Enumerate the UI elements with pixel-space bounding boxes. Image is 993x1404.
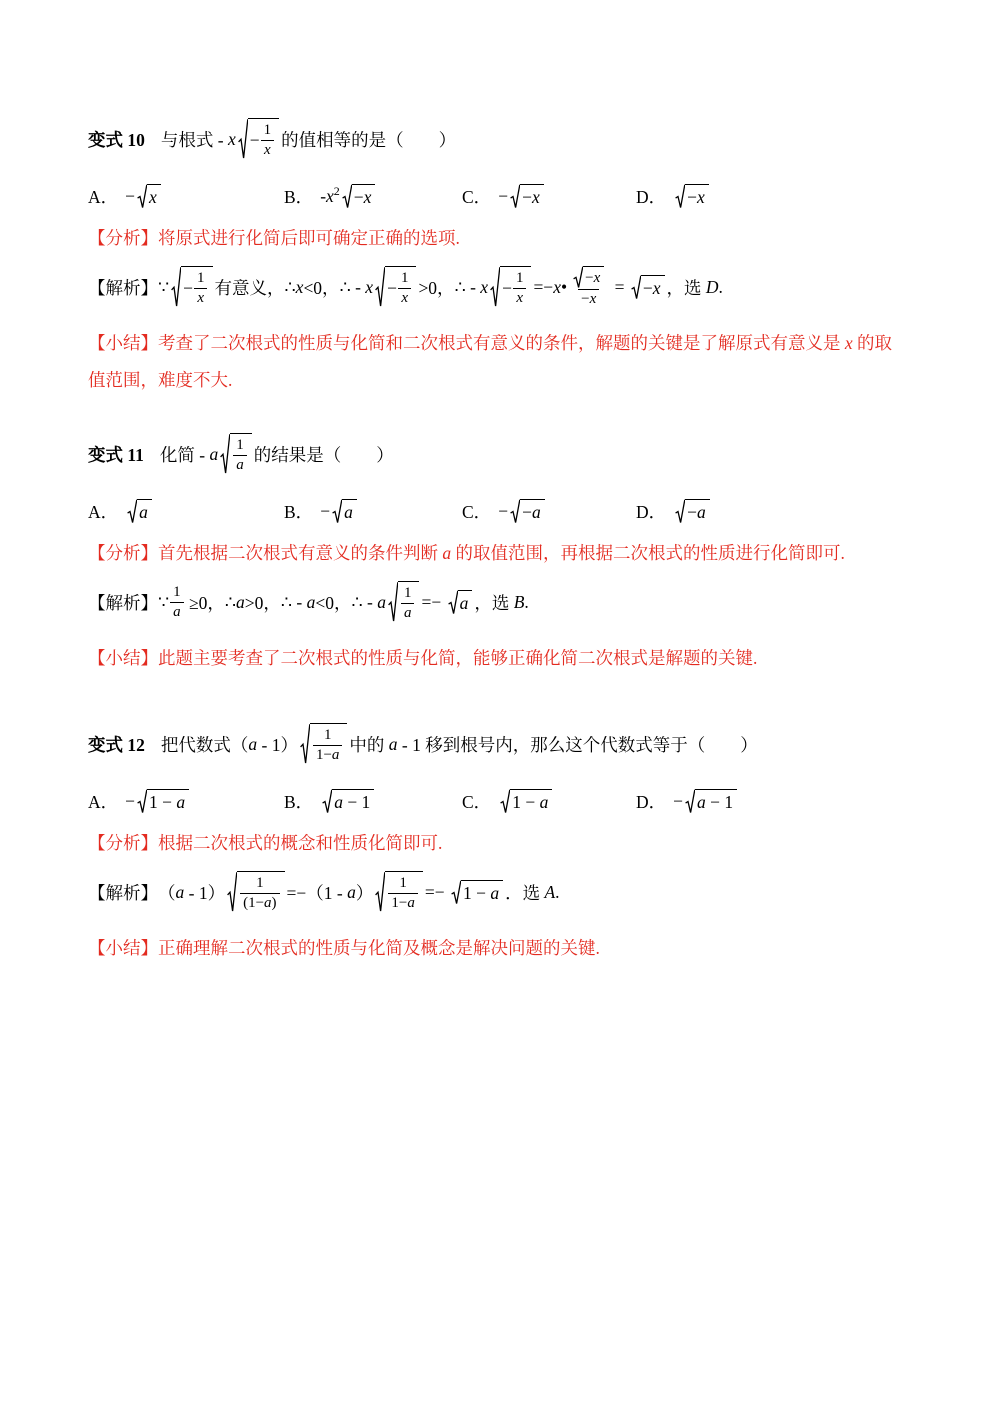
fraction-numerator: 1 <box>261 121 275 140</box>
problem-variant-10: 变式 10 与根式 - x − 1 x 的值相等的是（ ） A． <box>88 112 907 399</box>
sqrt-expression: 1 − a <box>451 880 503 905</box>
sqrt-expression: a − 1 <box>322 789 374 814</box>
radicand: −1x <box>500 266 531 309</box>
problem-variant-12: 变式 12 把代数式（ a - 1） 1 1−a 中的 a - 1 移到根号内，… <box>88 717 907 967</box>
radicand: −a <box>685 499 710 524</box>
option-tag: D． <box>636 789 666 814</box>
sqrt-expression: −x <box>342 184 376 209</box>
option-tag: A． <box>88 789 118 814</box>
option-tag: C． <box>462 789 491 814</box>
title-text: 的值相等的是（ ） <box>281 127 456 152</box>
radical-sign-icon <box>500 789 510 814</box>
radicand: − 1 x <box>248 118 279 161</box>
math-var: a <box>248 734 257 755</box>
analysis-line: 【分析】将原式进行化简后即可确定正确的选项. <box>88 226 907 251</box>
option-b: B． - x2−x <box>284 180 462 212</box>
radical-sign-icon <box>137 184 147 209</box>
option-d: D． −x <box>636 180 907 212</box>
fraction: 11−a <box>388 874 417 913</box>
options-row: A． − x B． - x2−x C． − −x D． −x <box>88 180 907 212</box>
fraction: 1 x <box>261 121 275 160</box>
radical-sign-icon <box>631 275 641 300</box>
radicand: −x <box>352 184 376 209</box>
fraction: 1 a <box>233 436 247 475</box>
solution-line: 【解析】 ∵ −1x 有意义， ∴ x <0， ∴ - x −1x >0， ∴ … <box>88 259 907 315</box>
sqrt-expression: −x <box>510 184 544 209</box>
option-b: B． − a <box>284 495 462 527</box>
problem-title: 变式 12 把代数式（ a - 1） 1 1−a 中的 a - 1 移到根号内，… <box>88 717 907 771</box>
radicand: −x <box>520 184 544 209</box>
radical-sign-icon <box>451 880 461 905</box>
radicand: −1x <box>181 266 212 309</box>
summary-label: 【小结】 <box>88 938 158 958</box>
math-var: a <box>389 734 398 755</box>
analysis-label: 【分析】 <box>88 833 158 853</box>
sqrt-expression: 1a <box>388 581 420 624</box>
option-tag: A． <box>88 499 118 524</box>
title-text: 中的 <box>349 732 388 757</box>
option-tag: A． <box>88 184 118 209</box>
radical-sign-icon <box>448 590 458 615</box>
fraction: 1a <box>170 583 184 622</box>
option-tag: C． <box>462 499 491 524</box>
problem-label: 变式 12 <box>88 732 145 757</box>
radicand: 1 a <box>230 433 252 476</box>
sqrt-expression: a <box>332 499 357 524</box>
solution-line: 【解析】 （ a - 1） 1(1−a) =−（1 - a ） 11−a =− … <box>88 864 907 920</box>
option-tag: B． <box>284 499 313 524</box>
solution-line: 【解析】 ∵ 1a ≥0， ∴ a >0， ∴ - a <0， ∴ - a 1a… <box>88 574 907 630</box>
worksheet-page: 变式 10 与根式 - x − 1 x 的值相等的是（ ） A． <box>0 0 993 1404</box>
summary-label: 【小结】 <box>88 333 158 353</box>
option-b: B． a − 1 <box>284 785 462 817</box>
fraction: 1 1−a <box>313 726 342 765</box>
radical-sign-icon <box>332 499 342 524</box>
sqrt-expression: a − 1 <box>685 789 737 814</box>
radicand: x <box>147 184 161 209</box>
title-text: - 1 移到根号内，那么这个代数式等于（ ） <box>398 732 758 757</box>
analysis-label: 【分析】 <box>88 543 158 563</box>
problem-title: 变式 10 与根式 - x − 1 x 的值相等的是（ ） <box>88 112 907 166</box>
option-tag: D． <box>636 499 666 524</box>
radical-sign-icon <box>322 789 332 814</box>
radicand: a <box>342 499 357 524</box>
problem-label: 变式 11 <box>88 442 144 467</box>
sqrt-expression: −x <box>631 275 665 300</box>
fraction: 1(1−a) <box>240 874 279 913</box>
radical-sign-icon <box>573 266 583 289</box>
radicand: 1 1−a <box>310 723 347 766</box>
problem-variant-11: 变式 11 化简 - a 1 a 的结果是（ ） A． <box>88 427 907 677</box>
solution-label: 【解析】 <box>88 275 158 300</box>
sqrt-expression: −a <box>675 499 710 524</box>
radical-sign-icon <box>685 789 695 814</box>
options-row: A． − 1 − a B． a − 1 C． 1 − a D． − a − 1 <box>88 785 907 817</box>
radical-sign-icon <box>227 871 237 914</box>
option-a: A． a <box>88 495 284 527</box>
sqrt-expression: 1(1−a) <box>227 871 284 914</box>
problem-title: 变式 11 化简 - a 1 a 的结果是（ ） <box>88 427 907 481</box>
radical-sign-icon <box>675 184 685 209</box>
sqrt-expression: a <box>127 499 152 524</box>
sqrt-expression: x <box>137 184 161 209</box>
fraction: 1x <box>398 269 412 308</box>
radicand: a − 1 <box>695 789 737 814</box>
sqrt-expression: 1 − a <box>137 789 189 814</box>
option-d: D． −a <box>636 495 907 527</box>
options-row: A． a B． − a C． − −a D． −a <box>88 495 907 527</box>
radical-sign-icon <box>388 581 398 624</box>
fraction: −x −x <box>568 266 609 309</box>
radical-sign-icon <box>300 723 310 766</box>
option-c: C． − −x <box>462 180 636 212</box>
option-a: A． − x <box>88 180 284 212</box>
solution-label: 【解析】 <box>88 590 158 615</box>
minus-sign: − <box>250 130 260 151</box>
sqrt-expression: −a <box>510 499 545 524</box>
analysis-line: 【分析】首先根据二次根式有意义的条件判断 a 的取值范围，再根据二次根式的性质进… <box>88 541 907 566</box>
radicand: 1 − a <box>147 789 189 814</box>
option-tag: B． <box>284 789 313 814</box>
radicand: −a <box>520 499 545 524</box>
radicand: −x <box>685 184 709 209</box>
radical-sign-icon <box>127 499 137 524</box>
sqrt-expression: 1 − a <box>500 789 552 814</box>
sqrt-expression: a <box>448 590 473 615</box>
fraction-denominator: x <box>261 140 274 160</box>
radical-sign-icon <box>238 118 248 161</box>
sqrt-expression: − 1 x <box>238 118 279 161</box>
sqrt-expression: −x <box>573 266 604 289</box>
radical-sign-icon <box>675 499 685 524</box>
option-a: A． − 1 − a <box>88 785 284 817</box>
radicand: 1 − a <box>461 880 503 905</box>
option-tag: D． <box>636 184 666 209</box>
sqrt-expression: −1x <box>375 266 416 309</box>
radicand: 1a <box>398 581 420 624</box>
option-c: C． − −a <box>462 495 636 527</box>
math-var: a <box>210 444 219 465</box>
radical-sign-icon <box>171 266 181 309</box>
summary-line: 【小结】此题主要考查了二次根式的性质与化简，能够正确化简二次根式是解题的关键. <box>88 640 907 677</box>
sqrt-expression: 1 1−a <box>300 723 347 766</box>
radicand: 1(1−a) <box>237 871 284 914</box>
radicand: a − 1 <box>332 789 374 814</box>
title-text: 把代数式（ <box>161 732 249 757</box>
fraction: 1x <box>513 269 527 308</box>
option-d: D． − a − 1 <box>636 785 907 817</box>
sqrt-expression: 11−a <box>375 871 422 914</box>
radical-sign-icon <box>375 266 385 309</box>
analysis-line: 【分析】根据二次根式的概念和性质化简即可. <box>88 831 907 856</box>
summary-line: 【小结】考查了二次根式的性质与化简和二次根式有意义的条件，解题的关键是了解原式有… <box>88 325 907 399</box>
summary-line: 【小结】正确理解二次根式的性质与化简及概念是解决问题的关键. <box>88 930 907 967</box>
radical-sign-icon <box>375 871 385 914</box>
radicand: 11−a <box>385 871 422 914</box>
radical-sign-icon <box>510 499 520 524</box>
radical-sign-icon <box>510 184 520 209</box>
sqrt-expression: −1x <box>490 266 531 309</box>
radical-sign-icon <box>137 789 147 814</box>
sqrt-expression: −1x <box>171 266 212 309</box>
solution-label: 【解析】 <box>88 880 158 905</box>
math-var: x <box>228 129 236 150</box>
radicand: −x <box>641 275 665 300</box>
option-c: C． 1 − a <box>462 785 636 817</box>
sqrt-expression: 1 a <box>220 433 252 476</box>
title-text: 化简 - <box>160 442 210 467</box>
radical-sign-icon <box>220 433 230 476</box>
radicand: −1x <box>385 266 416 309</box>
analysis-label: 【分析】 <box>88 228 158 248</box>
summary-label: 【小结】 <box>88 648 158 668</box>
option-tag: B． <box>284 184 313 209</box>
title-text: - 1） <box>257 732 298 757</box>
radical-sign-icon <box>490 266 500 309</box>
fraction: 1a <box>401 584 415 623</box>
radicand: a <box>458 590 473 615</box>
radical-sign-icon <box>342 184 352 209</box>
title-text: 与根式 - <box>161 127 228 152</box>
radicand: 1 − a <box>510 789 552 814</box>
option-tag: C． <box>462 184 491 209</box>
radicand: a <box>137 499 152 524</box>
fraction: 1x <box>194 269 208 308</box>
title-text: 的结果是（ ） <box>254 442 394 467</box>
problem-label: 变式 10 <box>88 127 145 152</box>
sqrt-expression: −x <box>675 184 709 209</box>
